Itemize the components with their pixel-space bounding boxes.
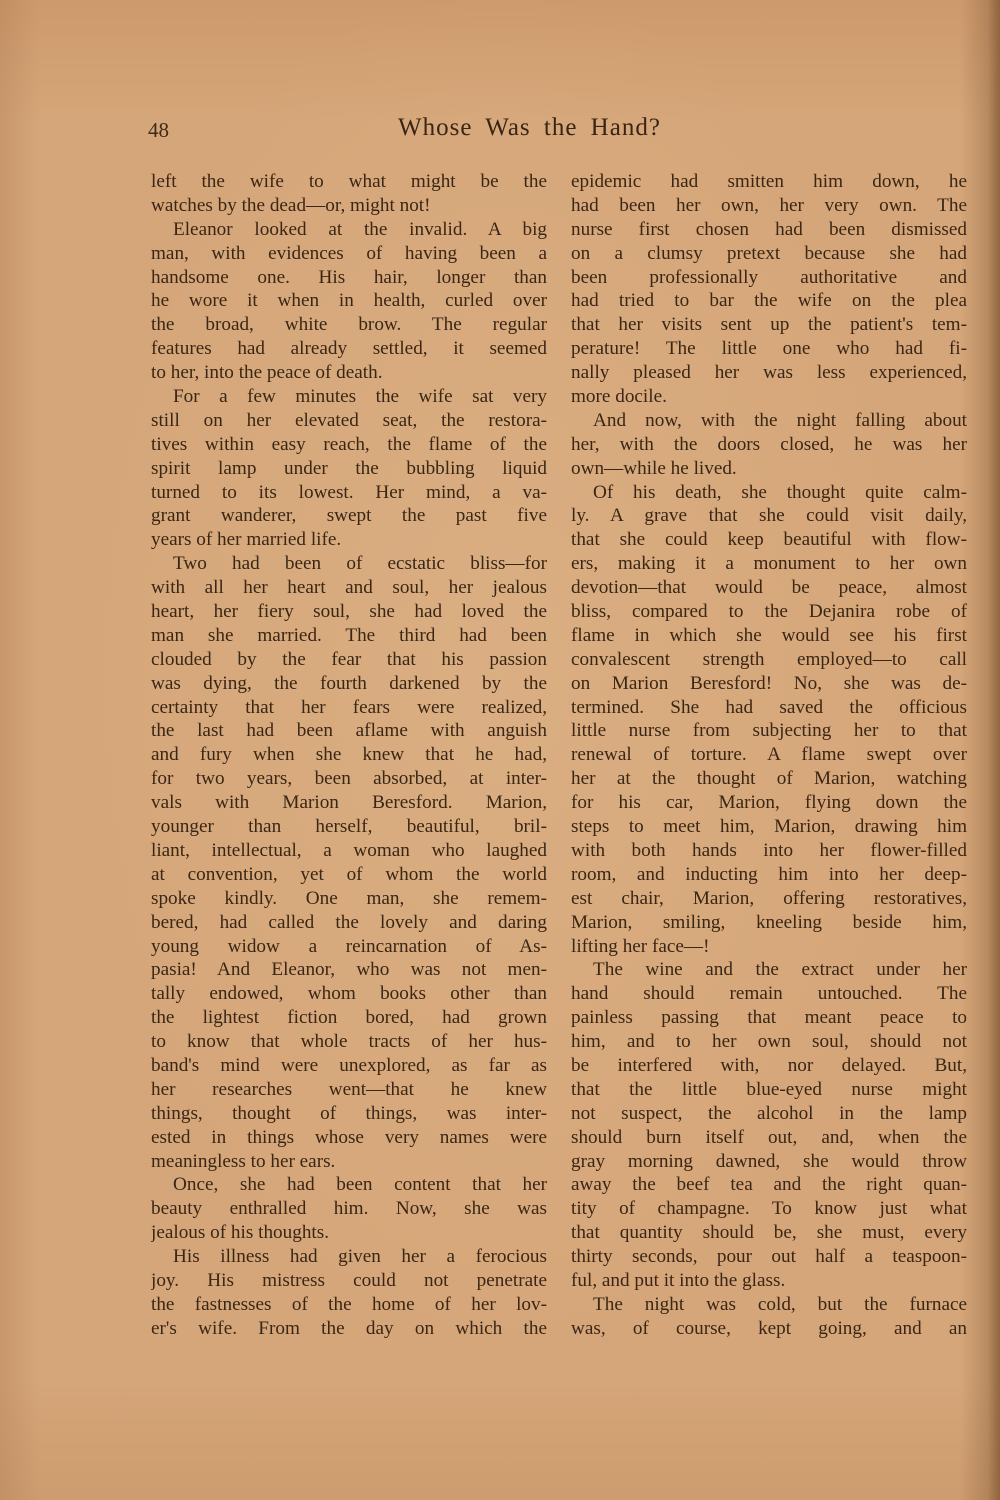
text-line: nally pleased her was less experienced, [571, 361, 967, 385]
text-line: still on her elevated seat, the restora- [151, 409, 547, 433]
text-line: Eleanor looked at the invalid. A big [151, 218, 547, 242]
text-line: turned to its lowest. Her mind, a va- [151, 481, 547, 505]
page-number: 48 [148, 118, 169, 143]
text-line: ly. A grave that she could visit daily, [571, 504, 967, 528]
text-line: vals with Marion Beresford. Marion, [151, 791, 547, 815]
text-line: perature! The little one who had fi- [571, 337, 967, 361]
text-line: ful, and put it into the glass. [571, 1269, 967, 1293]
text-line: that the little blue-eyed nurse might [571, 1078, 967, 1102]
text-line: for two years, been absorbed, at inter- [151, 767, 547, 791]
text-line: liant, intellectual, a woman who laughed [151, 839, 547, 863]
text-line: Two had been of ecstatic bliss—for [151, 552, 547, 576]
text-line: thirty seconds, pour out half a teaspoon… [571, 1245, 967, 1269]
text-line: jealous of his thoughts. [151, 1221, 547, 1245]
text-line: band's mind were unexplored, as far as [151, 1054, 547, 1078]
text-line: be interfered with, nor delayed. But, [571, 1054, 967, 1078]
text-line: joy. His mistress could not penetrate [151, 1269, 547, 1293]
text-line: at convention, yet of whom the world [151, 863, 547, 887]
text-line: tity of champagne. To know just what [571, 1197, 967, 1221]
text-line: epidemic had smitten him down, he [571, 170, 967, 194]
text-line: bliss, compared to the Dejanira robe of [571, 600, 967, 624]
text-line: to her, into the peace of death. [151, 361, 547, 385]
text-line: hand should remain untouched. The [571, 982, 967, 1006]
text-line: and fury when she knew that he had, [151, 743, 547, 767]
text-line: with both hands into her flower-filled [571, 839, 967, 863]
text-line: left the wife to what might be the [151, 170, 547, 194]
text-line: should burn itself out, and, when the [571, 1126, 967, 1150]
text-line: tally endowed, whom books other than [151, 982, 547, 1006]
text-line: ers, making it a monument to her own [571, 552, 967, 576]
text-line: years of her married life. [151, 528, 547, 552]
text-line: room, and inducting him into her deep- [571, 863, 967, 887]
text-line: her at the thought of Marion, watching [571, 767, 967, 791]
text-line: gray morning dawned, she would throw [571, 1150, 967, 1174]
text-line: on Marion Beresford! No, she was de- [571, 672, 967, 696]
text-line: Marion, smiling, kneeling beside him, [571, 911, 967, 935]
text-line: he wore it when in health, curled over [151, 289, 547, 313]
text-line: the broad, white brow. The regular [151, 313, 547, 337]
text-line: for his car, Marion, flying down the [571, 791, 967, 815]
text-line: tives within easy reach, the flame of th… [151, 433, 547, 457]
text-line: features had already settled, it seemed [151, 337, 547, 361]
page-header: 48 Whose Was the Hand? [148, 114, 876, 150]
text-line: flame in which she would see his first [571, 624, 967, 648]
text-line: painless passing that meant peace to [571, 1006, 967, 1030]
text-line: had been her own, her very own. The [571, 194, 967, 218]
text-line: own—while he lived. [571, 457, 967, 481]
text-line: nurse first chosen had been dismissed [571, 218, 967, 242]
text-line: with all her heart and soul, her jealous [151, 576, 547, 600]
text-line: Once, she had been content that her [151, 1173, 547, 1197]
text-line: things, thought of things, was inter- [151, 1102, 547, 1126]
text-line: clouded by the fear that his passion [151, 648, 547, 672]
text-line: on a clumsy pretext because she had [571, 242, 967, 266]
text-line: bered, had called the lovely and daring [151, 911, 547, 935]
text-line: the lightest fiction bored, had grown [151, 1006, 547, 1030]
text-line: For a few minutes the wife sat very [151, 385, 547, 409]
text-line: heart, her fiery soul, she had loved the [151, 600, 547, 624]
text-line: had tried to bar the wife on the plea [571, 289, 967, 313]
running-title: Whose Was the Hand? [398, 114, 661, 142]
text-line: more docile. [571, 385, 967, 409]
text-line: watches by the dead—or, might not! [151, 194, 547, 218]
text-line: not suspect, the alcohol in the lamp [571, 1102, 967, 1126]
text-line: to know that whole tracts of her hus- [151, 1030, 547, 1054]
text-line: younger than herself, beautiful, bril- [151, 815, 547, 839]
text-column-left: left the wife to what might be thewatche… [151, 170, 547, 1341]
text-line: lifting her face—! [571, 935, 967, 959]
text-line: little nurse from subjecting her to that [571, 719, 967, 743]
text-line: was, of course, kept going, and an [571, 1317, 967, 1341]
text-line: The wine and the extract under her [571, 958, 967, 982]
text-line: beauty enthralled him. Now, she was [151, 1197, 547, 1221]
text-column-right: epidemic had smitten him down, hehad bee… [571, 170, 967, 1341]
text-line: renewal of torture. A flame swept over [571, 743, 967, 767]
text-line: And now, with the night falling about [571, 409, 967, 433]
text-line: away the beef tea and the right quan- [571, 1173, 967, 1197]
text-line: her, with the doors closed, he was her [571, 433, 967, 457]
text-line: certainty that her fears were realized, [151, 696, 547, 720]
text-line: ested in things whose very names were [151, 1126, 547, 1150]
text-line: was dying, the fourth darkened by the [151, 672, 547, 696]
text-line: that her visits sent up the patient's te… [571, 313, 967, 337]
text-line: meaningless to her ears. [151, 1150, 547, 1174]
text-line: steps to meet him, Marion, drawing him [571, 815, 967, 839]
text-line: devotion—that would be peace, almost [571, 576, 967, 600]
text-line: him, and to her own soul, should not [571, 1030, 967, 1054]
text-line: that quantity should be, she must, every [571, 1221, 967, 1245]
text-line: spoke kindly. One man, she remem- [151, 887, 547, 911]
text-line: His illness had given her a ferocious [151, 1245, 547, 1269]
text-line: been professionally authoritative and [571, 266, 967, 290]
text-line: that she could keep beautiful with flow- [571, 528, 967, 552]
text-line: grant wanderer, swept the past five [151, 504, 547, 528]
book-page: 48 Whose Was the Hand? left the wife to … [0, 0, 1000, 1500]
text-line: termined. She had saved the officious [571, 696, 967, 720]
text-line: man she married. The third had been [151, 624, 547, 648]
text-line: young widow a reincarnation of As- [151, 935, 547, 959]
text-line: Of his death, she thought quite calm- [571, 481, 967, 505]
text-line: er's wife. From the day on which the [151, 1317, 547, 1341]
text-line: est chair, Marion, offering restoratives… [571, 887, 967, 911]
page-edge-shadow [988, 0, 1000, 1500]
text-line: the fastnesses of the home of her lov- [151, 1293, 547, 1317]
text-line: handsome one. His hair, longer than [151, 266, 547, 290]
text-line: The night was cold, but the furnace [571, 1293, 967, 1317]
text-line: the last had been aflame with anguish [151, 719, 547, 743]
text-line: pasia! And Eleanor, who was not men- [151, 958, 547, 982]
text-line: convalescent strength employed—to call [571, 648, 967, 672]
text-line: spirit lamp under the bubbling liquid [151, 457, 547, 481]
text-line: her researches went—that he knew [151, 1078, 547, 1102]
text-line: man, with evidences of having been a [151, 242, 547, 266]
